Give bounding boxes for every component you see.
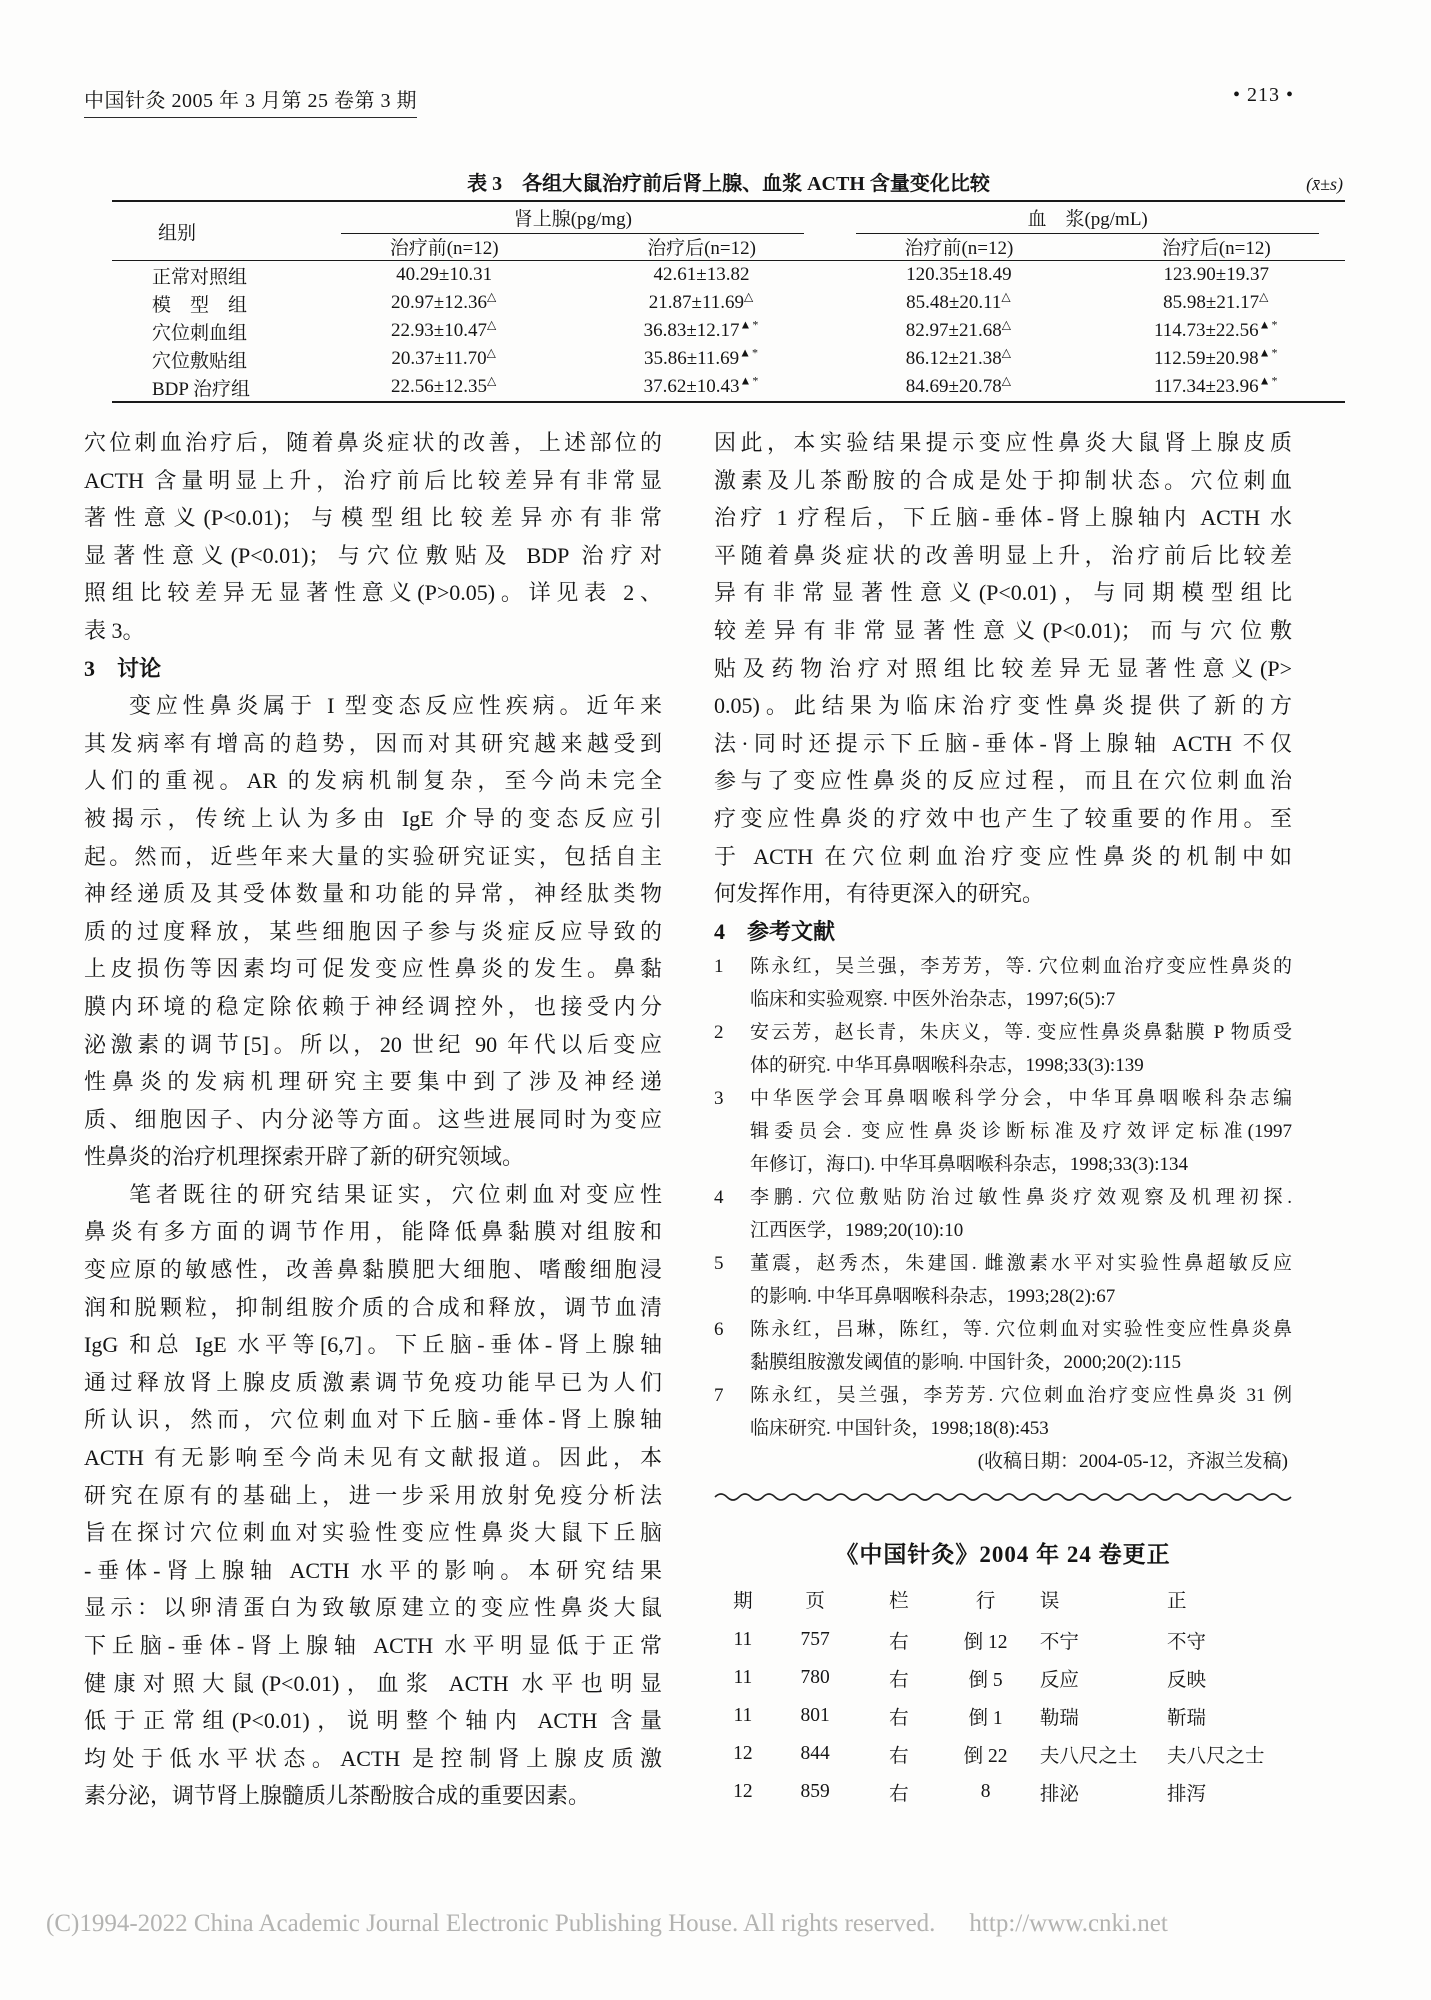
reference-number: 2 xyxy=(714,1016,750,1082)
reference-line: 体的研究. 中华耳鼻咽喉科杂志，1998;33(3):139 xyxy=(750,1049,1292,1082)
corrections-cell: 11 xyxy=(714,1705,772,1727)
text-line: 神经递质及其受体数量和功能的异常，神经肽类物 xyxy=(84,875,662,913)
table3-row: 正常对照组40.29±10.3142.61±13.82120.35±18.491… xyxy=(112,261,1345,289)
significance-marker: ▲* xyxy=(1259,374,1279,388)
significance-marker: △ xyxy=(487,374,497,388)
table3-group-column-label: 组别 xyxy=(112,202,315,260)
reference-number: 1 xyxy=(714,950,750,1016)
text-line: 性鼻炎的发病机理研究主要集中到了涉及神经递 xyxy=(84,1063,662,1101)
reference-item: 1陈永红，吴兰强，李芳芳，等. 穴位刺血治疗变应性鼻炎的临床和实验观察. 中医外… xyxy=(714,950,1292,1016)
text-line: 著性意义(P<0.01)；与模型组比较差异亦有非常 xyxy=(84,499,662,537)
significance-marker: △ xyxy=(1001,290,1011,304)
table3-value-cell: 20.37±11.70△ xyxy=(315,348,572,370)
significance-marker: △ xyxy=(487,290,497,304)
significance-marker: △ xyxy=(487,346,497,360)
text-line: 贴及药物治疗对照组比较差异无显著性意义(P> xyxy=(714,650,1292,688)
corrections-row: 11780右倒 5反应反映 xyxy=(714,1659,1292,1697)
text-line: 较差异有非常显著性意义(P<0.01)；而与穴位敷 xyxy=(714,612,1292,650)
corrections-cell: 11 xyxy=(714,1667,772,1689)
text-line: 人们的重视。AR 的发病机制复杂，至今尚未完全 xyxy=(84,762,662,800)
table3-subheader: 治疗前(n=12) xyxy=(830,233,1087,259)
corrections-cell: 倒 1 xyxy=(939,1702,1031,1730)
left-column: 穴位刺血治疗后，随着鼻炎症状的改善，上述部位的ACTH 含量明显上升，治疗前后比… xyxy=(84,424,662,1815)
text-line: 显著性意义(P<0.01)；与穴位敷贴及 BDP 治疗对 xyxy=(84,537,662,575)
table3-mean-sd-note: (x̄±s) xyxy=(1306,172,1343,196)
table3: 组别 肾上腺(pg/mg)治疗前(n=12)治疗后(n=12)血 浆(pg/mL… xyxy=(112,200,1345,403)
reference-line: 江西医学，1989;20(10):10 xyxy=(750,1214,1292,1247)
journal-issue-info: 中国针灸 2005 年 3 月第 25 卷第 3 期 xyxy=(84,84,417,118)
significance-marker: ▲* xyxy=(1259,346,1279,360)
text-line: 法·同时还提示下丘脑-垂体-肾上腺轴 ACTH 不仅 xyxy=(714,725,1292,763)
reference-line: 陈永红，吴兰强，李芳芳. 穴位刺血治疗变应性鼻炎 31 例 xyxy=(750,1379,1292,1412)
page-number: • 213 • xyxy=(1233,84,1294,107)
reference-line: 的影响. 中华耳鼻咽喉科杂志，1993;28(2):67 xyxy=(750,1280,1292,1313)
significance-marker: △ xyxy=(487,318,497,332)
table3-group-header-label: 肾上腺(pg/mg) xyxy=(341,204,804,234)
text-line: 穴位刺血治疗后，随着鼻炎症状的改善，上述部位的 xyxy=(84,424,662,462)
corrections-header-cell: 行 xyxy=(939,1585,1031,1613)
corrections-cell: 右 xyxy=(858,1626,939,1654)
page-header: 中国针灸 2005 年 3 月第 25 卷第 3 期 • 213 • xyxy=(84,84,1294,118)
significance-marker: △ xyxy=(1002,346,1012,360)
table3-group-header-label: 血 浆(pg/mL) xyxy=(856,204,1319,234)
reference-text: 陈永红，吕琳，陈红，等. 穴位刺血对实验性变应性鼻炎鼻黏膜组胺激发阈值的影响. … xyxy=(750,1313,1292,1379)
table3-section: 表 3 各组大鼠治疗前后肾上腺、血浆 ACTH 含量变化比较 (x̄±s) 组别… xyxy=(112,172,1345,403)
reference-number: 6 xyxy=(714,1313,750,1379)
text-line: 旨在探讨穴位刺血对实验性变应性鼻炎大鼠下丘脑 xyxy=(84,1514,662,1552)
reference-text: 陈永红，吴兰强，李芳芳. 穴位刺血治疗变应性鼻炎 31 例临床研究. 中国针灸，… xyxy=(750,1379,1292,1445)
table3-header: 组别 肾上腺(pg/mg)治疗前(n=12)治疗后(n=12)血 浆(pg/mL… xyxy=(112,202,1345,261)
corrections-cell: 排泻 xyxy=(1159,1778,1292,1806)
text-line: IgG 和总 IgE 水平等[6,7]。下丘脑-垂体-肾上腺轴 xyxy=(84,1326,662,1364)
corrections-cell: 右 xyxy=(858,1778,939,1806)
reference-item: 3中华医学会耳鼻咽喉科学分会，中华耳鼻咽喉科杂志编辑委员会. 变应性鼻炎诊断标准… xyxy=(714,1082,1292,1181)
table3-row-group-label: 穴位刺血组 xyxy=(112,318,315,345)
corrections-cell: 780 xyxy=(772,1667,859,1689)
significance-marker: ▲* xyxy=(1259,318,1279,332)
text-line: 起。然而，近些年来大量的实验研究证实，包括自主 xyxy=(84,838,662,876)
table3-value-cell: 40.29±10.31 xyxy=(315,264,572,286)
corrections-header-cell: 正 xyxy=(1159,1585,1292,1613)
significance-marker: △ xyxy=(744,290,754,304)
table3-value-cell: 22.56±12.35△ xyxy=(315,376,572,398)
table3-value-cell: 123.90±19.37 xyxy=(1088,264,1345,286)
wavy-divider xyxy=(714,1491,1292,1503)
text-line: 所认识，然而，穴位刺血对下丘脑-垂体-肾上腺轴 xyxy=(84,1401,662,1439)
reference-number: 3 xyxy=(714,1082,750,1181)
corrections-row: 12859右8排泌排泻 xyxy=(714,1773,1292,1811)
text-line: 低于正常组(P<0.01)，说明整个轴内 ACTH 含量 xyxy=(84,1702,662,1740)
right-column-text: 因此，本实验结果提示变应性鼻炎大鼠肾上腺皮质激素及儿茶酚胺的合成是处于抑制状态。… xyxy=(714,424,1292,950)
text-line: 参与了变应性鼻炎的反应过程，而且在穴位刺血治 xyxy=(714,762,1292,800)
text-line: 变应原的敏感性，改善鼻黏膜肥大细胞、嗜酸细胞浸 xyxy=(84,1251,662,1289)
table3-value-cell: 35.86±11.69▲* xyxy=(573,348,830,370)
corrections-row: 12844右倒 22夫八尺之土夫八尺之士 xyxy=(714,1735,1292,1773)
corrections-cell: 不守 xyxy=(1159,1626,1292,1654)
reference-item: 4李鹏. 穴位敷贴防治过敏性鼻炎疗效观察及机理初探.江西医学，1989;20(1… xyxy=(714,1181,1292,1247)
corrections-header-cell: 期 xyxy=(714,1585,772,1613)
corrections-cell: 右 xyxy=(858,1740,939,1768)
corrections-header-row: 期页栏行误正 xyxy=(714,1577,1292,1621)
reference-line: 陈永红，吕琳，陈红，等. 穴位刺血对实验性变应性鼻炎鼻 xyxy=(750,1313,1292,1346)
corrections-cell: 757 xyxy=(772,1629,859,1651)
table3-value-cell: 112.59±20.98▲* xyxy=(1088,348,1345,370)
reference-line: 黏膜组胺激发阈值的影响. 中国针灸，2000;20(2):115 xyxy=(750,1346,1292,1379)
text-line: 被揭示，传统上认为多由 IgE 介导的变态反应引 xyxy=(84,800,662,838)
text-line: 疗变应性鼻炎的疗效中也产生了较重要的作用。至 xyxy=(714,800,1292,838)
reference-text: 中华医学会耳鼻咽喉科学分会，中华耳鼻咽喉科杂志编辑委员会. 变应性鼻炎诊断标准及… xyxy=(750,1082,1292,1181)
reference-number: 5 xyxy=(714,1247,750,1313)
table3-subheader: 治疗后(n=12) xyxy=(573,233,830,259)
text-line: 质、细胞因子、内分泌等方面。这些进展同时为变应 xyxy=(84,1101,662,1139)
section-heading: 4 参考文献 xyxy=(714,913,1292,951)
reference-line: 李鹏. 穴位敷贴防治过敏性鼻炎疗效观察及机理初探. xyxy=(750,1181,1292,1214)
table3-row-group-label: 正常对照组 xyxy=(112,262,315,289)
table3-value-cell: 22.93±10.47△ xyxy=(315,320,572,342)
text-line: ACTH 含量明显上升，治疗前后比较差异有非常显 xyxy=(84,462,662,500)
significance-marker: ▲* xyxy=(740,318,760,332)
text-line: 其发病率有增高的趋势，因而对其研究越来越受到 xyxy=(84,725,662,763)
table3-value-cell: 82.97±21.68△ xyxy=(830,320,1087,342)
article-body: 穴位刺血治疗后，随着鼻炎症状的改善，上述部位的ACTH 含量明显上升，治疗前后比… xyxy=(84,424,1292,1815)
text-line: 质的过度释放，某些细胞因子参与炎症反应导致的 xyxy=(84,913,662,951)
reference-line: 年修订，海口). 中华耳鼻咽喉科杂志，1998;33(3):134 xyxy=(750,1148,1292,1181)
corrections-cell: 右 xyxy=(858,1702,939,1730)
text-line: 异有非常显著性意义(P<0.01)，与同期模型组比 xyxy=(714,574,1292,612)
corrections-cell: 859 xyxy=(772,1781,859,1803)
reference-text: 安云芳，赵长青，朱庆义，等. 变应性鼻炎鼻黏膜 P 物质受体的研究. 中华耳鼻咽… xyxy=(750,1016,1292,1082)
table3-value-cell: 20.97±12.36△ xyxy=(315,292,572,314)
reference-item: 2安云芳，赵长青，朱庆义，等. 变应性鼻炎鼻黏膜 P 物质受体的研究. 中华耳鼻… xyxy=(714,1016,1292,1082)
table3-value-cell: 85.98±21.17△ xyxy=(1088,292,1345,314)
table3-group-header: 肾上腺(pg/mg) xyxy=(315,204,830,231)
corrections-cell: 不宁 xyxy=(1032,1626,1159,1654)
significance-marker: △ xyxy=(1002,374,1012,388)
text-line: 通过释放肾上腺皮质激素调节免疫功能早已为人们 xyxy=(84,1364,662,1402)
reference-text: 李鹏. 穴位敷贴防治过敏性鼻炎疗效观察及机理初探.江西医学，1989;20(10… xyxy=(750,1181,1292,1247)
table3-value-cell: 36.83±12.17▲* xyxy=(573,320,830,342)
table3-row: 穴位敷贴组20.37±11.70△35.86±11.69▲*86.12±21.3… xyxy=(112,345,1345,373)
text-line: 激素及儿茶酚胺的合成是处于抑制状态。穴位刺血 xyxy=(714,462,1292,500)
table3-value-cell: 85.48±20.11△ xyxy=(830,292,1087,314)
text-line: 下丘脑-垂体-肾上腺轴 ACTH 水平明显低于正常 xyxy=(84,1627,662,1665)
text-line: 研究在原有的基础上，进一步采用放射免疫分析法 xyxy=(84,1477,662,1515)
table3-value-cell: 86.12±21.38△ xyxy=(830,348,1087,370)
significance-marker: △ xyxy=(1259,290,1269,304)
reference-text: 陈永红，吴兰强，李芳芳，等. 穴位刺血治疗变应性鼻炎的临床和实验观察. 中医外治… xyxy=(750,950,1292,1016)
table3-subheader: 治疗前(n=12) xyxy=(315,233,572,259)
corrections-cell: 右 xyxy=(858,1664,939,1692)
text-line: 治疗 1 疗程后，下丘脑-垂体-肾上腺轴内 ACTH 水 xyxy=(714,499,1292,537)
reference-number: 7 xyxy=(714,1379,750,1445)
corrections-header-cell: 误 xyxy=(1032,1585,1159,1613)
text-line: 0.05)。此结果为临床治疗变性鼻炎提供了新的方 xyxy=(714,687,1292,725)
reference-item: 6陈永红，吕琳，陈红，等. 穴位刺血对实验性变应性鼻炎鼻黏膜组胺激发阈值的影响.… xyxy=(714,1313,1292,1379)
corrections-cell: 12 xyxy=(714,1781,772,1803)
corrections-cell: 11 xyxy=(714,1629,772,1651)
corrections-cell: 靳瑞 xyxy=(1159,1702,1292,1730)
text-line: 何发挥作用，有待更深入的研究。 xyxy=(714,875,1292,913)
reference-list: 1陈永红，吴兰强，李芳芳，等. 穴位刺血治疗变应性鼻炎的临床和实验观察. 中医外… xyxy=(714,950,1292,1445)
table3-value-cell: 114.73±22.56▲* xyxy=(1088,320,1345,342)
table3-value-cell: 37.62±10.43▲* xyxy=(573,376,830,398)
text-line: 笔者既往的研究结果证实，穴位刺血对变应性 xyxy=(84,1176,662,1214)
corrections-cell: 倒 12 xyxy=(939,1626,1031,1654)
corrections-cell: 844 xyxy=(772,1743,859,1765)
significance-marker: △ xyxy=(1002,318,1012,332)
text-line: 膜内环境的稳定除依赖于神经调控外，也接受内分 xyxy=(84,988,662,1026)
significance-marker: ▲* xyxy=(739,346,759,360)
corrections-header-cell: 页 xyxy=(772,1585,859,1613)
table3-row-group-label: 模 型 组 xyxy=(112,290,315,317)
corrections-cell: 排泌 xyxy=(1032,1778,1159,1806)
table3-row-group-label: 穴位敷贴组 xyxy=(112,346,315,373)
cnki-url: http://www.cnki.net xyxy=(969,1910,1167,1938)
table3-body: 正常对照组40.29±10.3142.61±13.82120.35±18.491… xyxy=(112,261,1345,401)
reference-line: 临床研究. 中国针灸，1998;18(8):453 xyxy=(750,1412,1292,1445)
table3-value-cell: 84.69±20.78△ xyxy=(830,376,1087,398)
corrections-cell: 反应 xyxy=(1032,1664,1159,1692)
significance-marker: ▲* xyxy=(740,374,760,388)
corrections-table: 期页栏行误正11757右倒 12不宁不守11780右倒 5反应反映11801右倒… xyxy=(714,1577,1292,1811)
table3-row: 穴位刺血组22.93±10.47△36.83±12.17▲*82.97±21.6… xyxy=(112,317,1345,345)
text-line: 表 3。 xyxy=(84,612,662,650)
text-line: 泌激素的调节[5]。所以，20 世纪 90 年代以后变应 xyxy=(84,1026,662,1064)
table3-value-cell: 120.35±18.49 xyxy=(830,264,1087,286)
corrections-cell: 勒瑞 xyxy=(1032,1702,1159,1730)
text-line: 鼻炎有多方面的调节作用，能降低鼻黏膜对组胺和 xyxy=(84,1213,662,1251)
copyright-text: (C)1994-2022 China Academic Journal Elec… xyxy=(46,1910,935,1938)
section-heading: 3 讨论 xyxy=(84,650,662,688)
corrections-row: 11801右倒 1勒瑞靳瑞 xyxy=(714,1697,1292,1735)
corrections-cell: 8 xyxy=(939,1781,1031,1803)
corrections-cell: 夫八尺之土 xyxy=(1032,1740,1159,1768)
corrections-cell: 801 xyxy=(772,1705,859,1727)
table3-caption-text: 表 3 各组大鼠治疗前后肾上腺、血浆 ACTH 含量变化比较 xyxy=(467,173,990,195)
reference-line: 董震，赵秀杰，朱建国. 雌激素水平对实验性鼻超敏反应 xyxy=(750,1247,1292,1280)
corrections-cell: 反映 xyxy=(1159,1664,1292,1692)
corrections-cell: 夫八尺之士 xyxy=(1159,1740,1292,1768)
reference-text: 董震，赵秀杰，朱建国. 雌激素水平对实验性鼻超敏反应的影响. 中华耳鼻咽喉科杂志… xyxy=(750,1247,1292,1313)
table3-row: BDP 治疗组22.56±12.35△37.62±10.43▲*84.69±20… xyxy=(112,373,1345,401)
corrections-cell: 12 xyxy=(714,1743,772,1765)
text-line: 照组比较差异无显著性意义(P>0.05)。详见表 2、 xyxy=(84,574,662,612)
reference-item: 7陈永红，吴兰强，李芳芳. 穴位刺血治疗变应性鼻炎 31 例临床研究. 中国针灸… xyxy=(714,1379,1292,1445)
reference-line: 陈永红，吴兰强，李芳芳，等. 穴位刺血治疗变应性鼻炎的 xyxy=(750,950,1292,983)
table3-caption: 表 3 各组大鼠治疗前后肾上腺、血浆 ACTH 含量变化比较 (x̄±s) xyxy=(112,172,1345,200)
reference-line: 中华医学会耳鼻咽喉科学分会，中华耳鼻咽喉科杂志编 xyxy=(750,1082,1292,1115)
reference-line: 辑委员会. 变应性鼻炎诊断标准及疗效评定标准(1997 xyxy=(750,1115,1292,1148)
text-line: ACTH 有无影响至今尚未见有文献报道。因此，本 xyxy=(84,1439,662,1477)
text-line: 健康对照大鼠(P<0.01)，血浆 ACTH 水平也明显 xyxy=(84,1665,662,1703)
reference-item: 5董震，赵秀杰，朱建国. 雌激素水平对实验性鼻超敏反应的影响. 中华耳鼻咽喉科杂… xyxy=(714,1247,1292,1313)
right-column: 因此，本实验结果提示变应性鼻炎大鼠肾上腺皮质激素及儿茶酚胺的合成是处于抑制状态。… xyxy=(714,424,1292,1815)
table3-value-cell: 42.61±13.82 xyxy=(573,264,830,286)
text-line: 于 ACTH 在穴位刺血治疗变应性鼻炎的机制中如 xyxy=(714,838,1292,876)
text-line: 因此，本实验结果提示变应性鼻炎大鼠肾上腺皮质 xyxy=(714,424,1292,462)
text-line: 显示：以卵清蛋白为致敏原建立的变应性鼻炎大鼠 xyxy=(84,1589,662,1627)
corrections-title: 《中国针灸》2004 年 24 卷更正 xyxy=(714,1536,1292,1569)
corrections-cell: 倒 22 xyxy=(939,1740,1031,1768)
table3-row: 模 型 组20.97±12.36△21.87±11.69△85.48±20.11… xyxy=(112,289,1345,317)
table3-value-cell: 117.34±23.96▲* xyxy=(1088,376,1345,398)
reference-line: 临床和实验观察. 中医外治杂志，1997;6(5):7 xyxy=(750,983,1292,1016)
text-line: 性鼻炎的治疗机理探索开辟了新的研究领域。 xyxy=(84,1138,662,1176)
reference-line: 安云芳，赵长青，朱庆义，等. 变应性鼻炎鼻黏膜 P 物质受 xyxy=(750,1016,1292,1049)
reference-number: 4 xyxy=(714,1181,750,1247)
table3-subheader: 治疗后(n=12) xyxy=(1088,233,1345,259)
text-line: 素分泌，调节肾上腺髓质儿茶酚胺合成的重要因素。 xyxy=(84,1777,662,1815)
received-date-line: (收稿日期：2004-05-12，齐淑兰发稿) xyxy=(714,1445,1292,1479)
table3-group-header: 血 浆(pg/mL) xyxy=(830,204,1345,231)
scan-footer: (C)1994-2022 China Academic Journal Elec… xyxy=(46,1910,1386,1938)
text-line: 变应性鼻炎属于 I 型变态反应性疾病。近年来 xyxy=(84,687,662,725)
table3-row-group-label: BDP 治疗组 xyxy=(112,374,315,401)
corrections-row: 11757右倒 12不宁不守 xyxy=(714,1621,1292,1659)
text-line: 润和脱颗粒，抑制组胺介质的合成和释放，调节血清 xyxy=(84,1289,662,1327)
corrections-header-cell: 栏 xyxy=(858,1585,939,1613)
text-line: -垂体-肾上腺轴 ACTH 水平的影响。本研究结果 xyxy=(84,1552,662,1590)
table3-value-cell: 21.87±11.69△ xyxy=(573,292,830,314)
text-line: 平随着鼻炎症状的改善明显上升，治疗前后比较差 xyxy=(714,537,1292,575)
text-line: 上皮损伤等因素均可促发变应性鼻炎的发生。鼻黏 xyxy=(84,950,662,988)
corrections-cell: 倒 5 xyxy=(939,1664,1031,1692)
text-line: 均处于低水平状态。ACTH 是控制肾上腺皮质激 xyxy=(84,1740,662,1778)
